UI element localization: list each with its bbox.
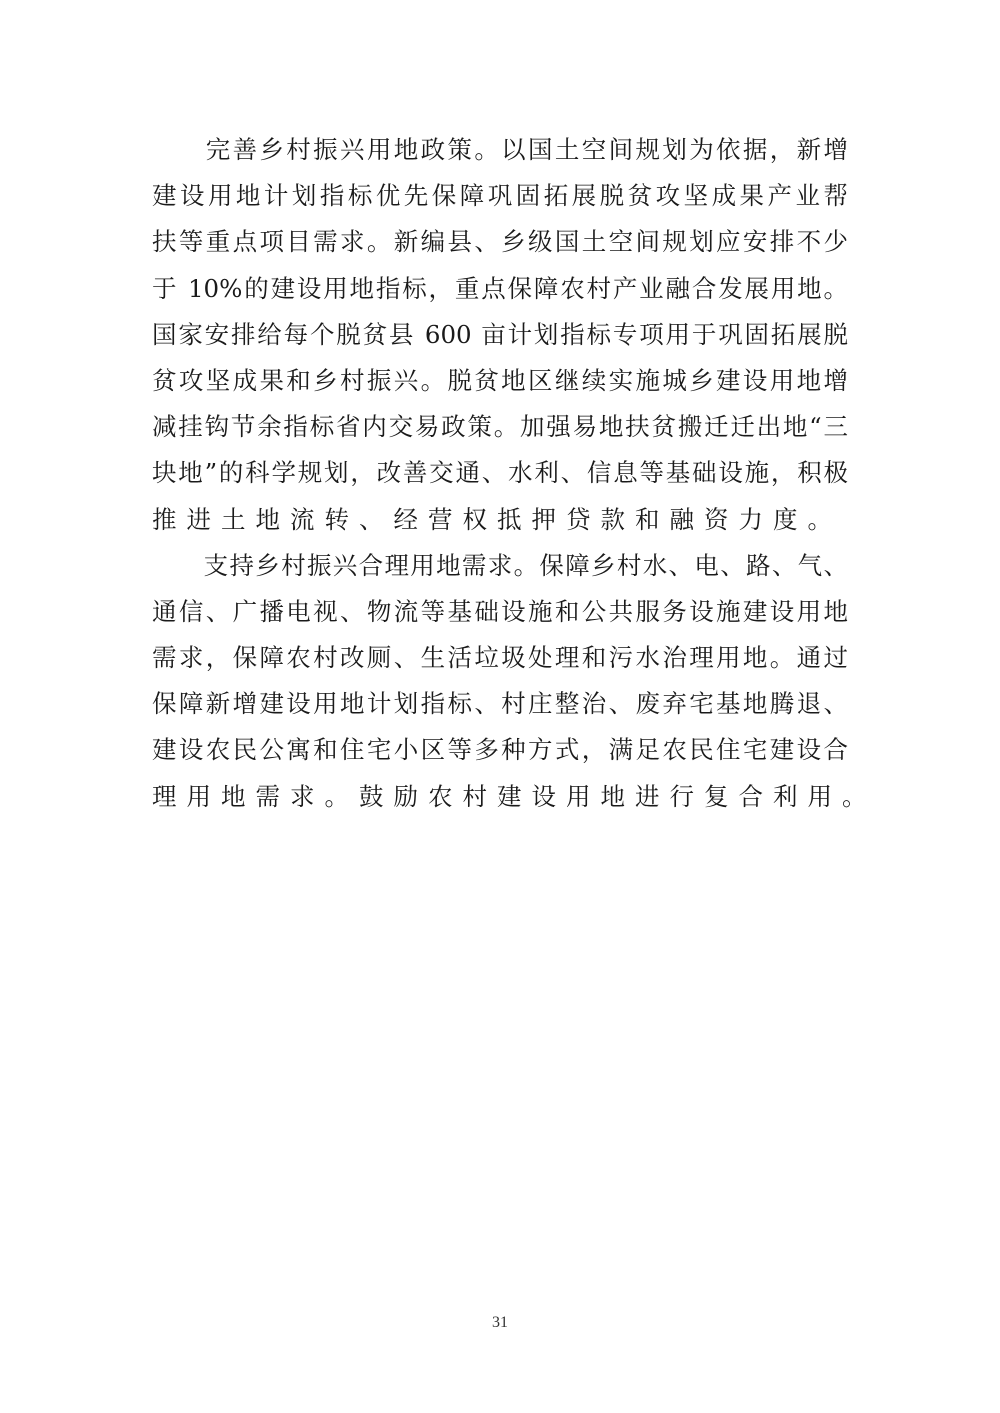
paragraph-land-policy: 完善乡村振兴用地政策。以国土空间规划为依据，新增 建设用地计划指标优先保障巩固拓… [152,127,852,543]
text-line: 通信、广播电视、物流等基础设施和公共服务设施建设用地 [152,589,848,635]
text-line: 贫攻坚成果和乡村振兴。脱贫地区继续实施城乡建设用地增 [152,358,848,404]
text-line: 支持乡村振兴合理用地需求。保障乡村水、电、路、气、 [152,543,848,589]
text-line: 于 10%的建设用地指标，重点保障农村产业融合发展用地。 [152,266,848,312]
paragraph-land-demand: 支持乡村振兴合理用地需求。保障乡村水、电、路、气、 通信、广播电视、物流等基础设… [152,543,852,820]
body-text: 完善乡村振兴用地政策。以国土空间规划为依据，新增 建设用地计划指标优先保障巩固拓… [152,127,852,820]
text-line: 理用地需求。鼓励农村建设用地进行复合利用。 [152,774,848,820]
text-line: 完善乡村振兴用地政策。以国土空间规划为依据，新增 [152,127,848,173]
text-line: 保障新增建设用地计划指标、村庄整治、废弃宅基地腾退、 [152,681,848,727]
text-line: 块地”的科学规划，改善交通、水利、信息等基础设施，积极 [152,450,848,496]
text-line: 国家安排给每个脱贫县 600 亩计划指标专项用于巩固拓展脱 [152,312,848,358]
text-line: 减挂钩节余指标省内交易政策。加强易地扶贫搬迁迁出地“三 [152,404,848,450]
text-line: 建设农民公寓和住宅小区等多种方式，满足农民住宅建设合 [152,727,848,773]
page-number: 31 [0,1314,1000,1332]
text-line: 推进土地流转、经营权抵押贷款和融资力度。 [152,497,848,543]
document-page: 完善乡村振兴用地政策。以国土空间规划为依据，新增 建设用地计划指标优先保障巩固拓… [0,0,1000,1413]
text-line: 扶等重点项目需求。新编县、乡级国土空间规划应安排不少 [152,219,848,265]
text-line: 建设用地计划指标优先保障巩固拓展脱贫攻坚成果产业帮 [152,173,848,219]
text-line: 需求，保障农村改厕、生活垃圾处理和污水治理用地。通过 [152,635,848,681]
